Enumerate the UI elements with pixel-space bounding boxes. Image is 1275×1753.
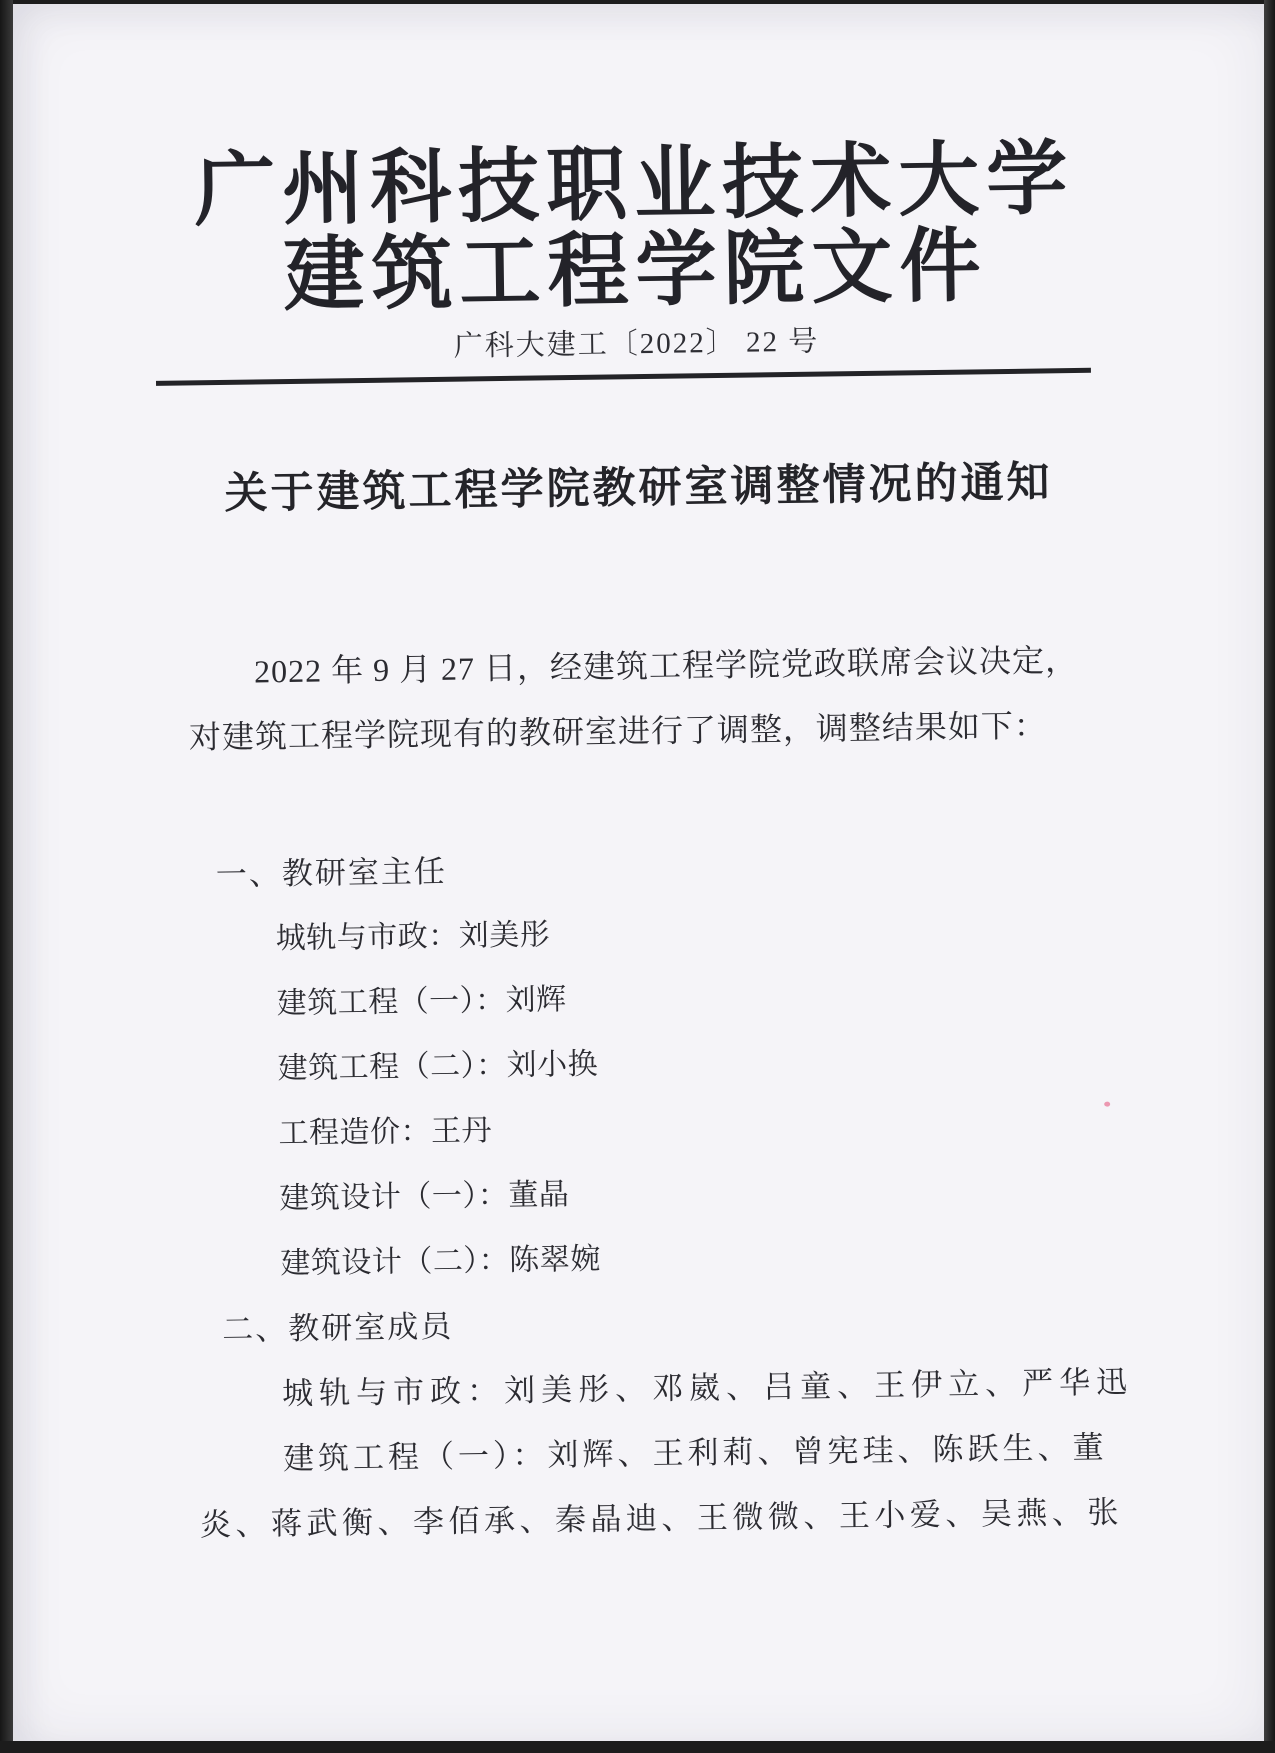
document-content: 广州科技职业技术大学 建筑工程学院文件 广科大建工〔2022〕 22 号 关于建… — [1, 0, 1275, 1750]
document-paper: 广州科技职业技术大学 建筑工程学院文件 广科大建工〔2022〕 22 号 关于建… — [13, 4, 1264, 1741]
scan-speck — [1104, 1102, 1110, 1107]
section-2-member-line: 炎、蒋武衡、李佰承、秦晶迪、王微微、王小爱、吴燕、张 — [200, 1480, 1113, 1558]
body-text-column: 2022 年 9 月 27 日，经建筑工程学院党政联席会议决定， 对建筑工程学院… — [188, 628, 1113, 1558]
scanned-page-background: { "document": { "header": { "org_line1":… — [0, 0, 1275, 1753]
header-org-line2: 建筑工程学院文件 — [4, 219, 1267, 323]
document-title: 关于建筑工程学院教研室调整情况的通知 — [7, 450, 1270, 526]
document-number: 广科大建工〔2022〕 22 号 — [5, 313, 1267, 375]
paragraph-line: 对建筑工程学院现有的教研室进行了调整，调整结果如下： — [189, 693, 1102, 771]
